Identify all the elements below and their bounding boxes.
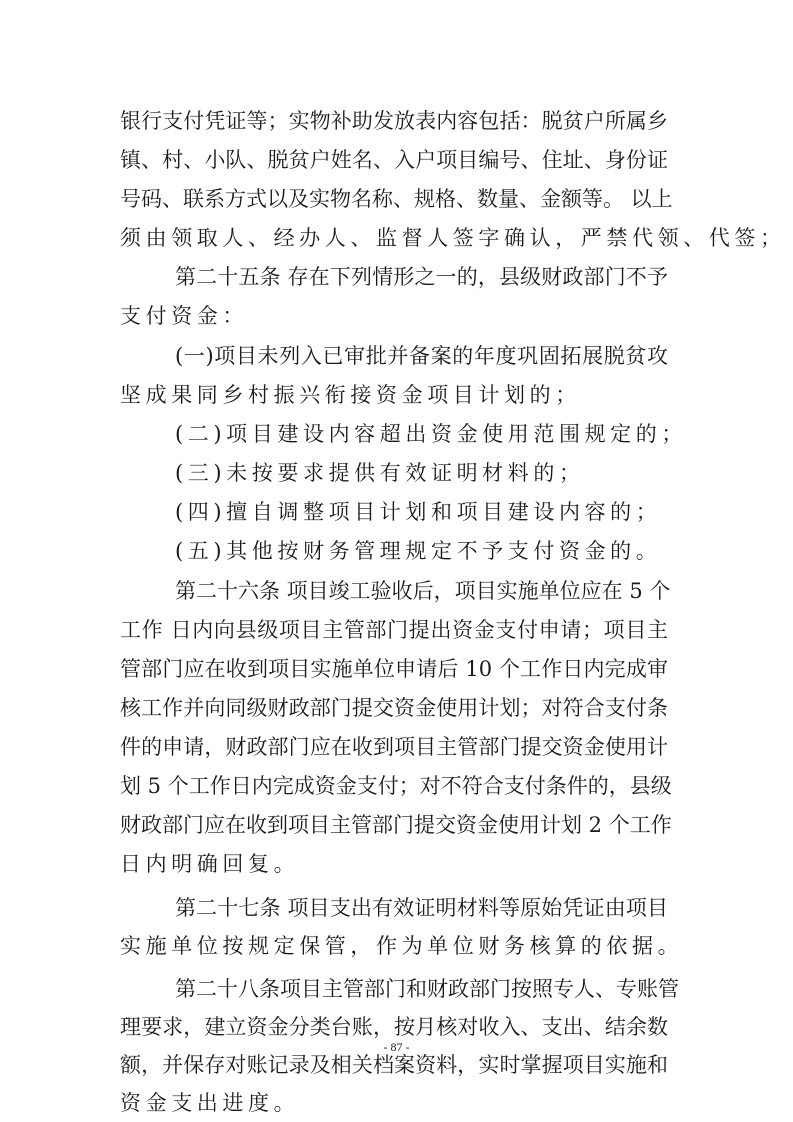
article-26-line-1: 第二十六条 项目竣工验收后，项目实施单位应在 5 个 (175, 576, 668, 606)
article-26-line-2: 工作 日内向县级项目主管部门提出资金支付申请；项目主 (120, 615, 668, 645)
article-25-line-1: 第二十五条 存在下列情形之一的，县级财政部门不予 (175, 262, 668, 292)
article-26-line-5: 件的申请，财政部门应在收到项目主管部门提交资金使用计 (120, 732, 668, 762)
article-28-line-2: 理要求，建立资金分类台账，按月核对收入、支出、结余数 (120, 1012, 668, 1042)
article-26-line-3: 管部门应在收到项目实施单位申请后 10 个工作日内完成审 (120, 654, 668, 684)
paragraph-continuation-line-1: 银行支付凭证等；实物补助发放表内容包括：脱贫户所属乡 (120, 106, 668, 136)
article-26-line-8: 日内明确回复。 (120, 849, 668, 879)
article-26-line-6: 划 5 个工作日内完成资金支付；对不符合支付条件的，县级 (120, 771, 668, 801)
article-26-line-7: 财政部门应在收到项目主管部门提交资金使用计划 2 个工作 (120, 810, 668, 840)
article-27-line-1: 第二十七条 项目支出有效证明材料等原始凭证由项目 (175, 893, 668, 923)
article-25-item-2: (二)项目建设内容超出资金使用范围规定的； (175, 419, 668, 449)
article-25-item-5: (五)其他按财务管理规定不予支付资金的。 (175, 536, 668, 566)
article-25-item-4: (四)擅自调整项目计划和项目建设内容的； (175, 497, 668, 527)
paragraph-continuation-line-4: 须由领取人、经办人、监督人签字确认，严禁代领、代签； (120, 223, 668, 253)
article-27-line-2: 实施单位按规定保管，作为单位财务核算的依据。 (120, 931, 668, 961)
article-28-line-4: 资金支出进度。 (120, 1088, 668, 1118)
document-page: 银行支付凭证等；实物补助发放表内容包括：脱贫户所属乡 镇、村、小队、脱贫户姓名、… (0, 0, 793, 1122)
paragraph-continuation-line-2: 镇、村、小队、脱贫户姓名、入户项目编号、住址、身份证 (120, 145, 668, 175)
page-number: - 87 - (0, 1040, 793, 1055)
paragraph-continuation-line-3: 号码、联系方式以及实物名称、规格、数量、金额等。 以上 (120, 184, 668, 214)
article-28-line-1: 第二十八条项目主管部门和财政部门按照专人、专账管 (175, 974, 668, 1004)
article-25-item-3: (三)未按要求提供有效证明材料的； (175, 458, 668, 488)
article-25-line-2: 支付资金： (120, 301, 668, 331)
article-25-item-1-line-2: 坚成果同乡村振兴衔接资金项目计划的； (120, 380, 668, 410)
article-26-line-4: 核工作并向同级财政部门提交资金使用计划；对符合支付条 (120, 693, 668, 723)
article-25-item-1-line-1: (一)项目未列入已审批并备案的年度巩固拓展脱贫攻 (175, 341, 668, 371)
